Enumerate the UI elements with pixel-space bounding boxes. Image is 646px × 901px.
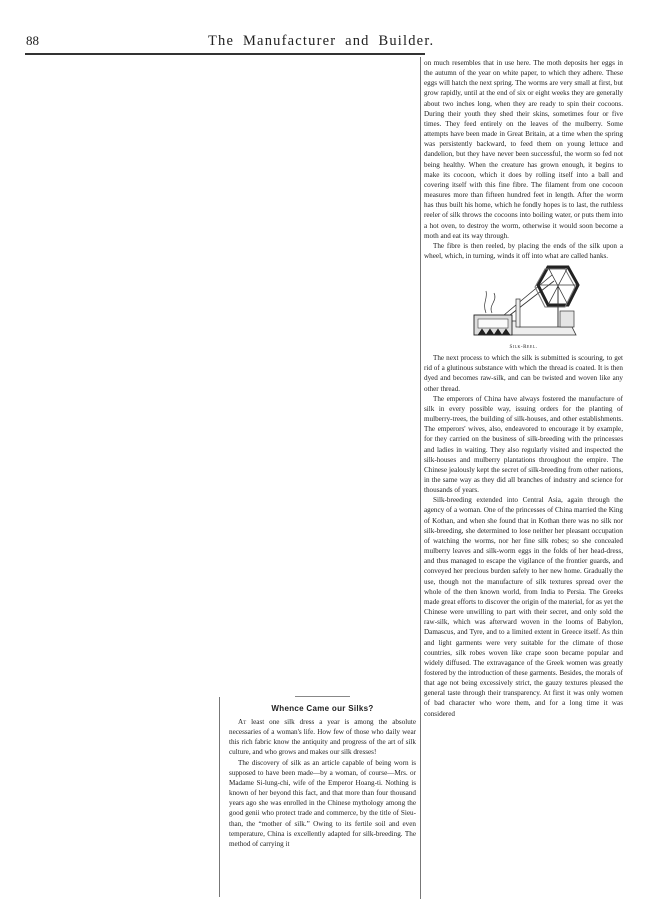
silk-reel-illustration-icon (464, 263, 584, 343)
article-paragraph: The discovery of silk as an article capa… (229, 758, 416, 849)
column-divider-right (420, 57, 421, 899)
article-paragraph: The next process to which the silk is su… (424, 353, 623, 394)
journal-title: The Manufacturer and Builder. (208, 33, 434, 50)
header-rule (25, 53, 425, 55)
page-number: 88 (26, 33, 39, 49)
article-left-column: Whence Came our Silks? At least one silk… (229, 703, 416, 849)
article-separator-rule (295, 696, 350, 697)
figure-caption: Silk-Reel. (424, 343, 623, 353)
page-header: 88 The Manufacturer and Builder. (26, 33, 646, 47)
article-paragraph: The emperors of China have always foster… (424, 394, 623, 496)
article-paragraph: on much resembles that in use here. The … (424, 58, 623, 241)
article-paragraph: The fibre is then reeled, by placing the… (424, 241, 623, 261)
column-divider-left (219, 697, 220, 897)
lead-word: At (238, 718, 246, 726)
silk-reel-figure: Silk-Reel. (424, 263, 623, 353)
article-paragraph: Silk-breeding extended into Central Asia… (424, 495, 623, 718)
article-paragraph: At least one silk dress a year is among … (229, 717, 416, 758)
article-title: Whence Came our Silks? (229, 703, 416, 714)
article-right-column: on much resembles that in use here. The … (424, 58, 623, 719)
